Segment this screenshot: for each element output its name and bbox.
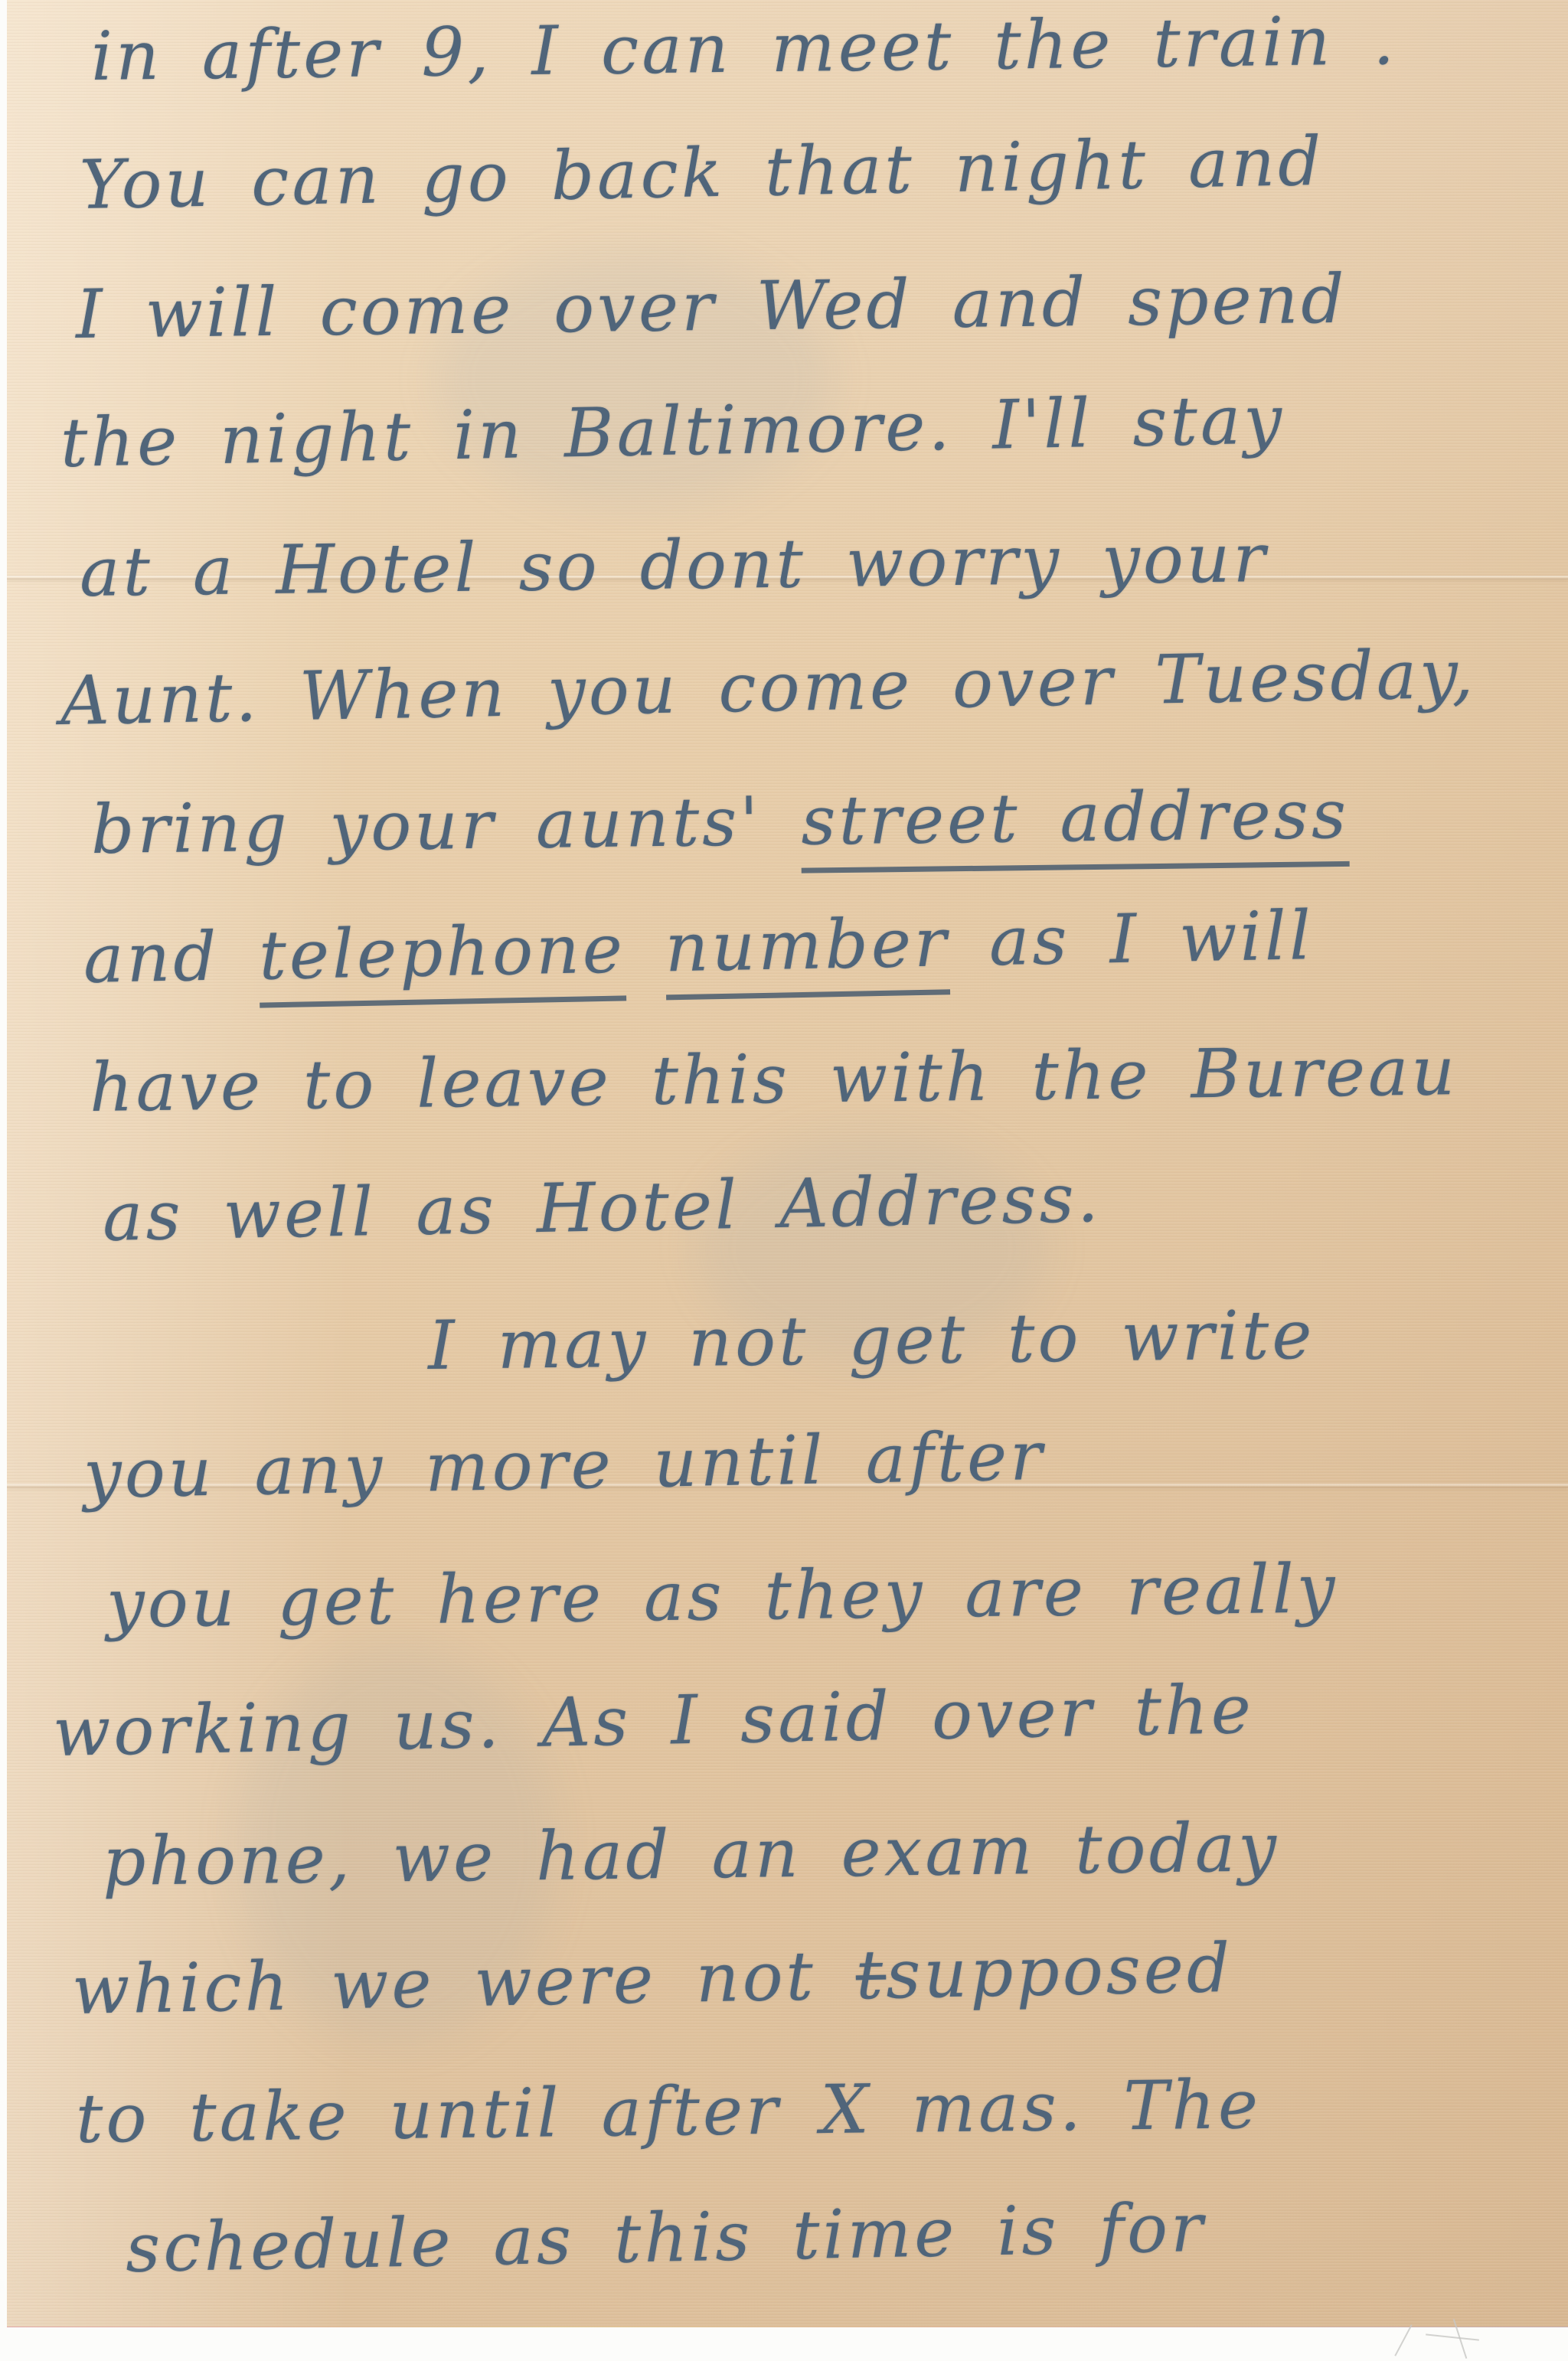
letter-line: you any more until after bbox=[83, 1416, 1046, 1514]
letter-line: working us. As I said over the bbox=[52, 1670, 1255, 1772]
handwritten-text: I may not get to write bbox=[427, 1295, 1315, 1385]
letter-line: at a Hotel so dont worry your bbox=[79, 518, 1269, 612]
handwritten-text: t bbox=[855, 1935, 887, 2015]
handwritten-text: have to leave this with the Bureau bbox=[89, 1031, 1458, 1127]
letter-line: phone, we had an exam today bbox=[102, 1807, 1279, 1901]
letter-line: which we were not tsupposed bbox=[71, 1928, 1233, 2030]
underlined-word: street address bbox=[801, 775, 1350, 874]
scan-background-bottom bbox=[0, 2327, 1568, 2361]
handwritten-text: at a Hotel so dont worry your bbox=[79, 518, 1269, 612]
letter-line: as well as Hotel Address. bbox=[102, 1158, 1102, 1256]
letter-line: I will come over Wed and spend bbox=[75, 260, 1347, 354]
handwritten-text: in after 9, I can meet the train . bbox=[90, 1, 1397, 96]
letter-line: schedule as this time is for bbox=[125, 2188, 1207, 2288]
scanned-letter-page: in after 9, I can meet the train .You ca… bbox=[0, 0, 1568, 2361]
handwritten-text: bring your aunts' bbox=[90, 782, 802, 869]
letter-line: and telephone number as I will bbox=[83, 896, 1315, 998]
letter-line: the night in Baltimore. I'll stay bbox=[60, 380, 1285, 482]
handwritten-text: the night in Baltimore. I'll stay bbox=[60, 380, 1285, 482]
handwritten-text: phone, we had an exam today bbox=[102, 1807, 1279, 1901]
underlined-word: telephone bbox=[258, 909, 626, 1007]
handwritten-text: I will come over Wed and spend bbox=[75, 260, 1347, 354]
letter-lines: in after 9, I can meet the train .You ca… bbox=[7, 0, 1568, 2327]
letter-line: in after 9, I can meet the train . bbox=[90, 1, 1397, 96]
handwritten-text: schedule as this time is for bbox=[125, 2188, 1207, 2288]
handwritten-text: supposed bbox=[885, 1928, 1233, 2014]
letter-paper: in after 9, I can meet the train .You ca… bbox=[7, 0, 1568, 2327]
handwritten-text bbox=[625, 908, 666, 988]
handwritten-text: you get here as they are really bbox=[106, 1549, 1338, 1643]
handwritten-text: working us. As I said over the bbox=[52, 1670, 1255, 1772]
handwritten-text: as I will bbox=[949, 896, 1315, 981]
letter-line: You can go back that night and bbox=[79, 122, 1325, 224]
letter-line: bring your aunts' street address bbox=[90, 775, 1349, 869]
letter-line: to take until after X mas. The bbox=[75, 2065, 1261, 2158]
underlined-word: number bbox=[665, 903, 951, 1000]
handwritten-text: You can go back that night and bbox=[79, 122, 1325, 224]
handwritten-text: as well as Hotel Address. bbox=[102, 1158, 1102, 1256]
letter-line: have to leave this with the Bureau bbox=[89, 1031, 1458, 1127]
handwritten-text: you any more until after bbox=[83, 1416, 1046, 1514]
letter-line: I may not get to write bbox=[427, 1295, 1315, 1385]
handwritten-text: and bbox=[83, 916, 260, 998]
handwritten-text: which we were not bbox=[71, 1935, 857, 2030]
letter-line: you get here as they are really bbox=[106, 1549, 1338, 1643]
handwritten-text: Aunt. When you come over Tuesday, bbox=[60, 635, 1477, 740]
scan-background-left bbox=[0, 0, 7, 2361]
letter-line: Aunt. When you come over Tuesday, bbox=[60, 635, 1477, 740]
handwritten-text: to take until after X mas. The bbox=[75, 2065, 1261, 2158]
